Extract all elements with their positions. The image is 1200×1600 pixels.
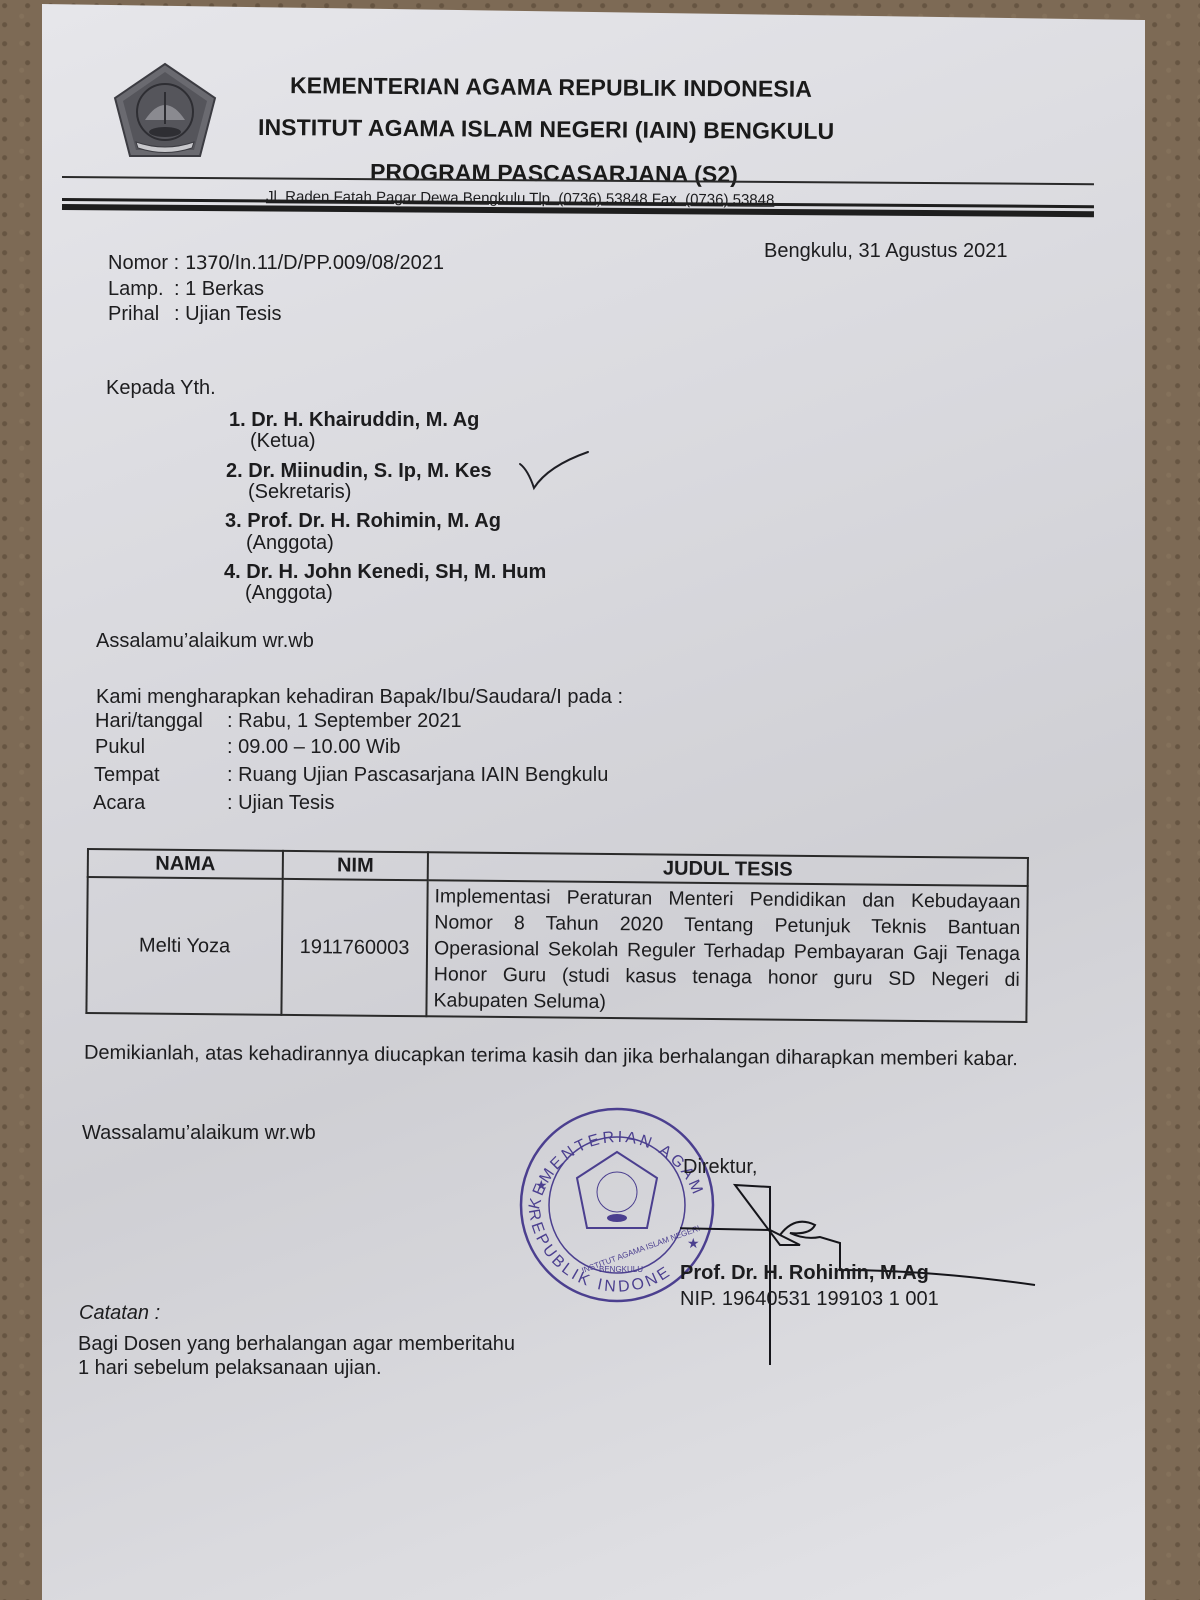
- recipient-name: 1. Dr. H. Khairuddin, M. Ag: [229, 409, 479, 432]
- prihal-label: Prihal: [108, 303, 174, 326]
- signatory-nip: NIP. 19640531 199103 1 001: [680, 1288, 939, 1311]
- iain-bengkulu-emblem-icon: [112, 62, 218, 164]
- field-row: Tempat: Ruang Ujian Pascasarjana IAIN Be…: [94, 764, 608, 787]
- handwritten-checkmark-icon: [518, 448, 590, 498]
- letterhead-ministry: KEMENTERIAN AGAMA REPUBLIK INDONESIA: [290, 72, 812, 103]
- cell-nama: Melti Yoza: [86, 877, 282, 1015]
- field-label: Tempat: [94, 764, 227, 787]
- note-line: Bagi Dosen yang berhalangan agar memberi…: [78, 1333, 515, 1356]
- field-value: : Ruang Ujian Pascasarjana IAIN Bengkulu: [227, 764, 608, 786]
- svg-text:★: ★: [535, 1177, 548, 1193]
- nomor-value: /In.11/D/PP.009/08/2021: [229, 252, 444, 274]
- cell-judul: Implementasi Peraturan Menteri Pendidika…: [426, 880, 1027, 1022]
- recipients-heading: Kepada Yth.: [106, 377, 216, 400]
- prihal-value: : Ujian Tesis: [174, 303, 281, 325]
- nomor-row: Nomor : 1370/In.11/D/PP.009/08/2021: [108, 252, 444, 275]
- field-label: Pukul: [95, 736, 227, 759]
- nomor-handwritten: 1370: [185, 252, 229, 274]
- recipient-role: (Sekretaris): [248, 481, 351, 504]
- field-value: : Ujian Tesis: [227, 792, 334, 814]
- table-row: Melti Yoza 1911760003 Implementasi Perat…: [86, 877, 1027, 1022]
- letterhead-program: PROGRAM PASCASARJANA (S2): [370, 159, 738, 189]
- lamp-value: : 1 Berkas: [174, 278, 264, 300]
- thesis-table: NAMA NIM JUDUL TESIS Melti Yoza 19117600…: [85, 848, 1029, 1023]
- place-date: Bengkulu, 31 Agustus 2021: [764, 240, 1008, 263]
- recipient-name: 4. Dr. H. John Kenedi, SH, M. Hum: [224, 561, 546, 584]
- field-label: Acara: [93, 792, 227, 815]
- note-line: 1 hari sebelum pelaksanaan ujian.: [78, 1357, 382, 1380]
- greeting: Assalamu’alaikum wr.wb: [96, 630, 314, 653]
- lamp-row: Lamp.: 1 Berkas: [108, 278, 264, 301]
- signatory-name: Prof. Dr. H. Rohimin, M.Ag: [680, 1262, 929, 1285]
- column-header-nama: NAMA: [88, 849, 283, 879]
- field-label: Hari/tanggal: [95, 710, 227, 733]
- field-row: Acara: Ujian Tesis: [93, 792, 334, 815]
- recipient-role: (Ketua): [250, 430, 316, 453]
- field-row: Hari/tanggal: Rabu, 1 September 2021: [95, 710, 462, 733]
- letterhead-institute: INSTITUT AGAMA ISLAM NEGERI (IAIN) BENGK…: [258, 114, 834, 145]
- field-value: : 09.00 – 10.00 Wib: [227, 736, 400, 758]
- column-header-nim: NIM: [283, 851, 428, 880]
- lamp-label: Lamp.: [108, 278, 174, 301]
- field-value: : Rabu, 1 September 2021: [227, 710, 462, 732]
- recipient-role: (Anggota): [246, 532, 334, 555]
- closing-salam: Wassalamu’alaikum wr.wb: [82, 1122, 316, 1145]
- prihal-row: Prihal: Ujian Tesis: [108, 303, 281, 326]
- invitation-intro: Kami mengharapkan kehadiran Bapak/Ibu/Sa…: [96, 686, 623, 709]
- field-row: Pukul: 09.00 – 10.00 Wib: [95, 736, 400, 759]
- svg-text:BENGKULU: BENGKULU: [599, 1265, 643, 1274]
- recipient-name: 3. Prof. Dr. H. Rohimin, M. Ag: [225, 510, 501, 533]
- cell-nim: 1911760003: [281, 879, 427, 1016]
- recipient-name: 2. Dr. Miinudin, S. Ip, M. Kes: [226, 460, 492, 483]
- note-label: Catatan :: [79, 1302, 160, 1325]
- recipient-role: (Anggota): [245, 582, 333, 605]
- nomor-label: Nomor :: [108, 252, 179, 274]
